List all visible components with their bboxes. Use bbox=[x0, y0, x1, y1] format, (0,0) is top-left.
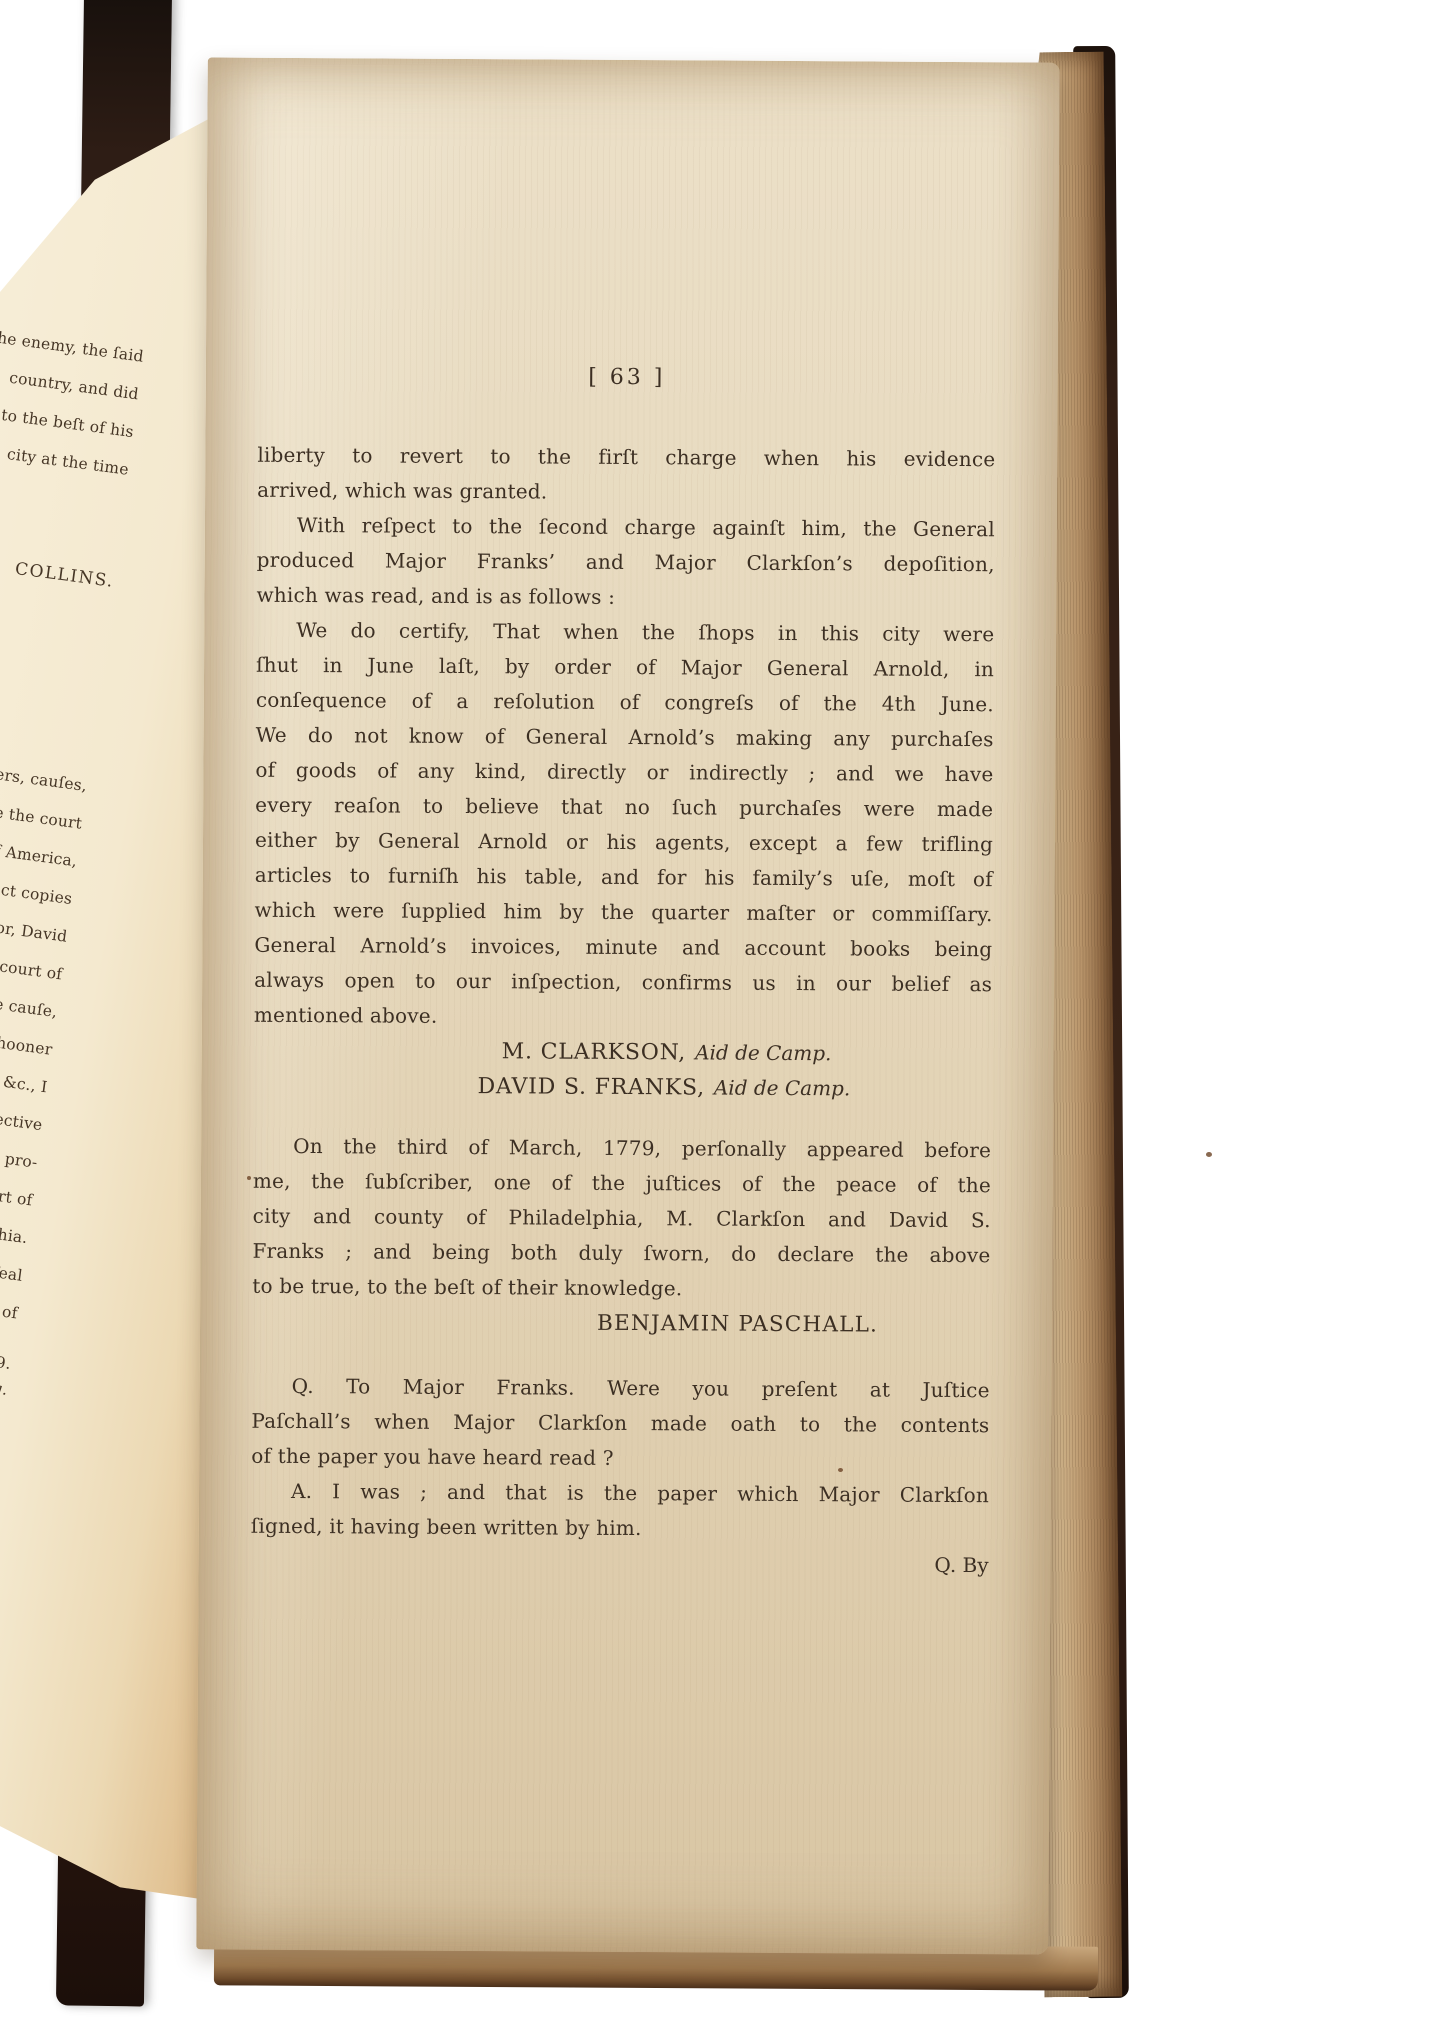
vertical-gap bbox=[252, 1339, 990, 1374]
text-line: either by General Arnold or his agents, … bbox=[255, 823, 993, 863]
text-line: of goods of any kind, directly or indire… bbox=[255, 753, 993, 793]
text-line: On the third of March, 1779, perſonally … bbox=[253, 1129, 991, 1169]
signatory-name: M. CLARKSON, bbox=[502, 1039, 687, 1065]
sworn-statement-paragraph: On the third of March, 1779, perſonally … bbox=[252, 1129, 991, 1309]
paragraph: With reſpect to the ſecond charge againſ… bbox=[256, 508, 995, 618]
text-line: With reſpect to the ſecond charge againſ… bbox=[257, 508, 995, 548]
signatory-title: Aid de Camp. bbox=[695, 1040, 832, 1065]
question-answer-paragraphs: Q. To Major Franks. Were you preſent at … bbox=[251, 1369, 990, 1549]
signatory-title: Aid de Camp. bbox=[714, 1076, 851, 1101]
text-line: A. I was ; and that is the paper which M… bbox=[251, 1474, 989, 1514]
left-page-text-group: COLLINS. bbox=[0, 511, 116, 601]
text-line: city and county of Philadelphia, M. Clar… bbox=[253, 1199, 991, 1239]
text-line: liberty to revert to the firſt charge wh… bbox=[257, 438, 995, 478]
catchword: Q. By bbox=[250, 1544, 988, 1584]
foxing-speck bbox=[247, 1176, 251, 1180]
signature-line: DAVID S. FRANKS,Aid de Camp. bbox=[477, 1069, 991, 1107]
text-line: ſigned, it having been written by him. bbox=[251, 1509, 989, 1549]
left-page-text-fragments: he enemy, the ſaidcountry, and didto the… bbox=[0, 286, 146, 1577]
text-line: which was read, and is as follows : bbox=[256, 578, 994, 618]
text-line: produced Major Franks’ and Major Clarkſo… bbox=[257, 543, 995, 583]
attestation-name: BENJAMIN PASCHALL. bbox=[597, 1306, 990, 1343]
signature-block: M. CLARKSON,Aid de Camp.DAVID S. FRANKS,… bbox=[501, 1034, 991, 1107]
text-line: to be true, to the beſt of their knowled… bbox=[252, 1269, 990, 1309]
foxing-speck bbox=[1206, 1152, 1212, 1157]
paragraph: liberty to revert to the firſt charge wh… bbox=[257, 438, 995, 513]
right-page: [ 63 ] liberty to revert to the firſt ch… bbox=[196, 57, 1060, 1954]
text-line: arrived, which was granted. bbox=[257, 473, 995, 513]
signatory-name: DAVID S. FRANKS, bbox=[477, 1074, 705, 1100]
text-line: every reaſon to believe that no ſuch pur… bbox=[255, 788, 993, 828]
text-line: which were ſupplied him by the quarter m… bbox=[254, 893, 992, 933]
paragraph: We do certify, That when the ſhops in th… bbox=[254, 613, 995, 1038]
text-line: We do not know of General Arnold’s makin… bbox=[256, 718, 994, 758]
text-line: General Arnold’s invoices, minute and ac… bbox=[254, 928, 992, 968]
text-line: Paſchall’s when Major Clarkſon made oath… bbox=[251, 1404, 989, 1444]
text-line: mentioned above. bbox=[254, 998, 992, 1038]
left-page-text-group: he enemy, the ſaidcountry, and didto the… bbox=[0, 286, 146, 489]
paragraph: A. I was ; and that is the paper which M… bbox=[251, 1474, 989, 1549]
left-page-text-group: s, matters, cauſes,nourable the courtSta… bbox=[0, 715, 89, 1332]
text-line: articles to furniſh his table, and for h… bbox=[255, 858, 993, 898]
text-line: conſequence of a reſolution of congreſs … bbox=[256, 683, 994, 723]
text-line: Franks ; and being both duly ſworn, do d… bbox=[252, 1234, 990, 1274]
paragraph: Q. To Major Franks. Were you preſent at … bbox=[251, 1369, 990, 1479]
left-page-text-line: s, matters, cauſes, bbox=[0, 715, 89, 805]
left-page-text-line: COLLINS. bbox=[0, 511, 116, 601]
book-photo: he enemy, the ſaidcountry, and didto the… bbox=[0, 0, 1445, 2023]
text-line: me, the ſubſcriber, one of the juſtices … bbox=[253, 1164, 991, 1204]
text-column: [ 63 ] liberty to revert to the firſt ch… bbox=[250, 58, 997, 1583]
paragraph: On the third of March, 1779, perſonally … bbox=[252, 1129, 991, 1309]
text-line: We do certify, That when the ſhops in th… bbox=[256, 613, 994, 653]
text-line: Q. To Major Franks. Were you preſent at … bbox=[252, 1369, 990, 1409]
deposition-paragraphs: liberty to revert to the firſt charge wh… bbox=[254, 438, 996, 1037]
text-line: of the paper you have heard read ? bbox=[251, 1439, 989, 1479]
text-line: always open to our inſpection, confirms … bbox=[254, 963, 992, 1003]
text-line: ſhut in June laſt, by order of Major Gen… bbox=[256, 648, 994, 688]
page-number: [ 63 ] bbox=[258, 358, 996, 398]
signature-line: M. CLARKSON,Aid de Camp. bbox=[502, 1034, 992, 1072]
foxing-speck bbox=[838, 1468, 843, 1472]
